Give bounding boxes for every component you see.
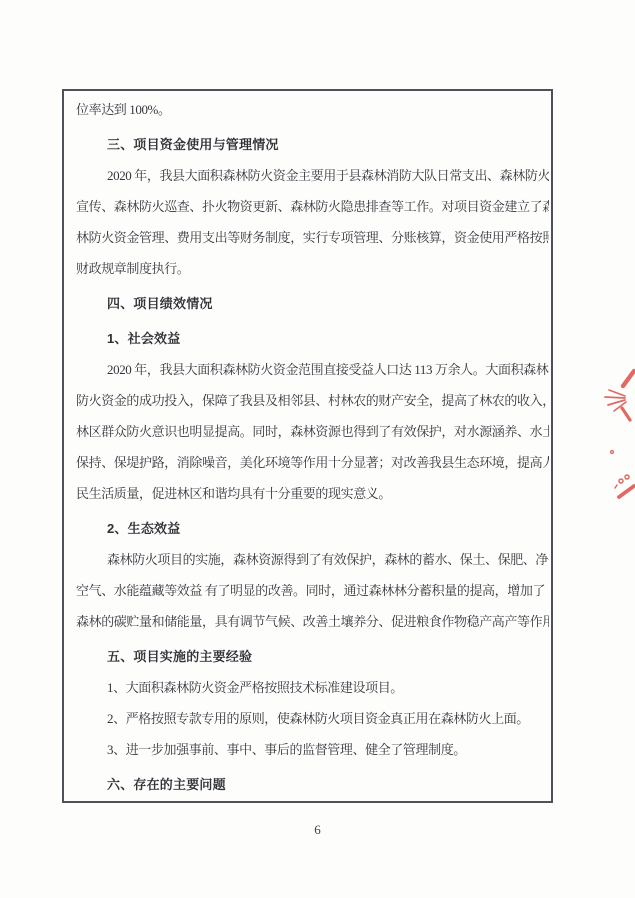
document-body: 位率达到 100%。三、项目资金使用与管理情况2020 年，我县大面积森林防火资…: [76, 94, 549, 800]
section-heading: 四、项目绩效情况: [76, 288, 549, 319]
text-line: 位率达到 100%。: [76, 94, 549, 125]
section-heading: 三、项目资金使用与管理情况: [76, 129, 549, 160]
text-line: 2、严格按照专款专用的原则，使森林防火项目资金真正用在森林防火上面。: [76, 703, 549, 734]
text-line: 2020 年，我县大面积森林防火资金主要用于县森林消防大队日常支出、森林防火: [76, 160, 549, 191]
text-line: 宣传、森林防火巡查、扑火物资更新、森林防火隐患排查等工作。对项目资金建立了森: [76, 191, 549, 222]
text-line: 防火资金的成功投入，保障了我县及相邻县、村林农的财产安全，提高了林农的收入，: [76, 385, 549, 416]
text-line: 林区群众防火意识也明显提高。同时，森林资源也得到了有效保护，对水源涵养、水土: [76, 416, 549, 447]
text-line: 3、进一步加强事前、事中、事后的监督管理、健全了管理制度。: [76, 734, 549, 765]
text-line: 林防火资金管理、费用支出等财务制度，实行专项管理、分账核算，资金使用严格按照: [76, 222, 549, 253]
text-line: 森林防火项目的实施，森林资源得到了有效保护，森林的蓄水、保土、保肥、净化: [76, 544, 549, 575]
red-seal-fragment-lower: [605, 448, 635, 503]
document-page: 位率达到 100%。三、项目资金使用与管理情况2020 年，我县大面积森林防火资…: [0, 0, 635, 898]
section-heading: 六、存在的主要问题: [76, 769, 549, 800]
text-line: 空气、水能蕴藏等效益 有了明显的改善。同时，通过森林林分蓄积量的提高，增加了: [76, 575, 549, 606]
text-line: 森林的碳贮量和储能量，具有调节气候、改善土壤养分、促进粮食作物稳产高产等作用。: [76, 606, 549, 637]
text-line: 1、大面积森林防火资金严格按照技术标准建设项目。: [76, 672, 549, 703]
section-heading: 1、社会效益: [76, 323, 549, 354]
red-seal-fragment-upper: [600, 365, 635, 440]
section-heading: 2、生态效益: [76, 513, 549, 544]
text-line: 民生活质量，促进林区和谐均具有十分重要的现实意义。: [76, 478, 549, 509]
text-line: 保持、保堤护路，消除噪音，美化环境等作用十分显著；对改善我县生态环境，提高人: [76, 447, 549, 478]
section-heading: 五、项目实施的主要经验: [76, 641, 549, 672]
text-line: 2020 年，我县大面积森林防火资金范围直接受益人口达 113 万余人。大面积森…: [76, 354, 549, 385]
report-table-cell: 位率达到 100%。三、项目资金使用与管理情况2020 年，我县大面积森林防火资…: [62, 89, 553, 803]
page-number: 6: [0, 822, 635, 838]
text-line: 财政规章制度执行。: [76, 253, 549, 284]
